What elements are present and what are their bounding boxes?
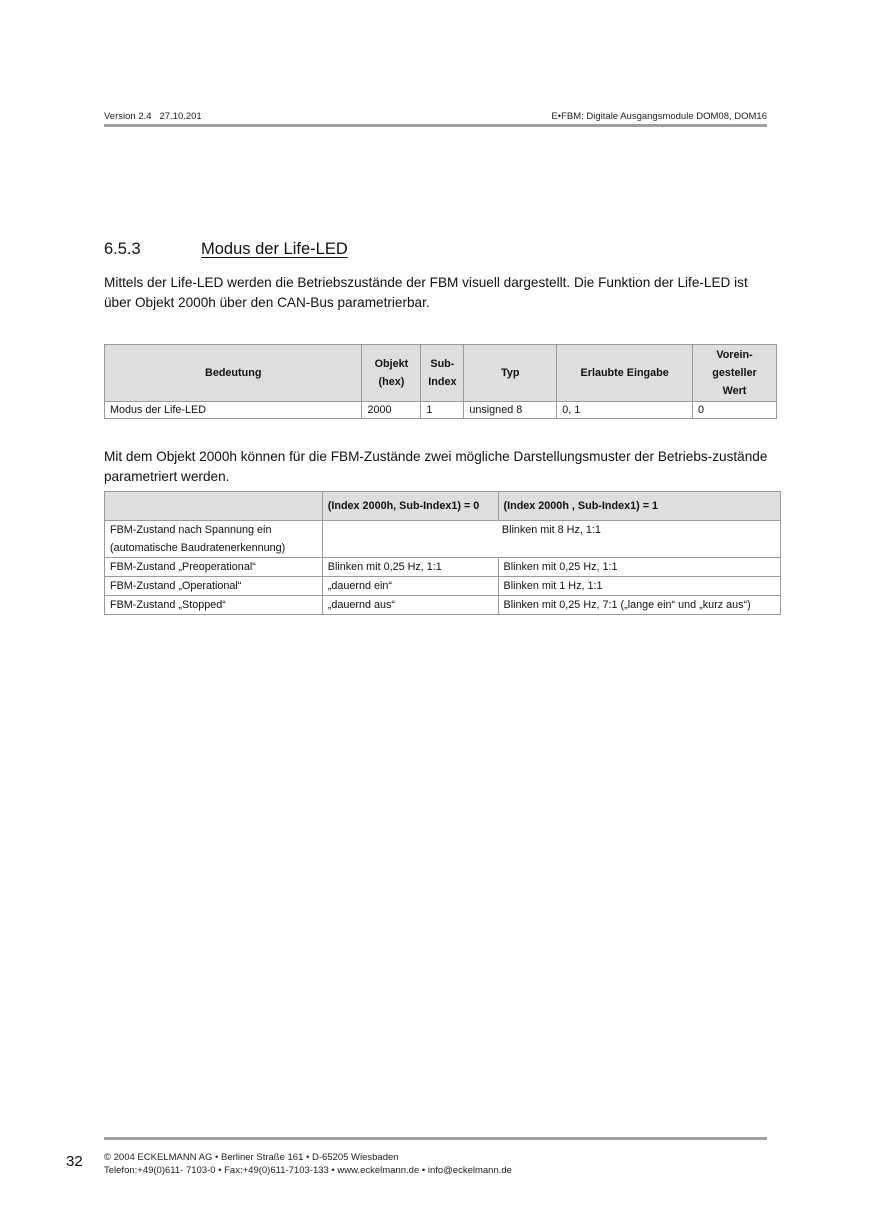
col-bedeutung: Bedeutung <box>105 345 362 402</box>
table-row: FBM-Zustand nach Spannung ein(automatisc… <box>105 521 781 558</box>
footer-address: © 2004 ECKELMANN AG • Berliner Straße 16… <box>104 1151 512 1164</box>
table-row: FBM-Zustand „Preoperational“ Blinken mit… <box>105 558 781 577</box>
section-number: 6.5.3 <box>104 240 201 259</box>
table-row: FBM-Zustand „Operational“ „dauernd ein“ … <box>105 577 781 596</box>
section-title: Modus der Life-LED <box>201 240 348 258</box>
cell-mode-0: „dauernd ein“ <box>322 577 498 596</box>
col-subindex: Sub-Index <box>421 345 464 402</box>
cell-bedeutung: Modus der Life-LED <box>105 402 362 419</box>
cell-state: FBM-Zustand „Stopped“ <box>105 596 323 615</box>
col-state <box>105 492 323 521</box>
col-mode-1: (Index 2000h , Sub-Index1) = 1 <box>498 492 781 521</box>
cell-merged-value: Blinken mit 8 Hz, 1:1 <box>322 521 780 558</box>
table-header-row: (Index 2000h, Sub-Index1) = 0 (Index 200… <box>105 492 781 521</box>
cell-subindex: 1 <box>421 402 464 419</box>
header-rule <box>104 124 767 127</box>
header-version: Version 2.4 27.10.201 <box>104 111 202 122</box>
description-paragraph: Mit dem Objekt 2000h können für die FBM-… <box>104 447 774 487</box>
cell-objekt: 2000 <box>362 402 421 419</box>
section-heading: 6.5.3Modus der Life-LED <box>104 240 348 259</box>
page-footer: © 2004 ECKELMANN AG • Berliner Straße 16… <box>104 1151 512 1177</box>
cell-mode-0: Blinken mit 0,25 Hz, 1:1 <box>322 558 498 577</box>
footer-contact: Telefon:+49(0)611- 7103-0 • Fax:+49(0)61… <box>104 1164 512 1177</box>
cell-mode-1: Blinken mit 0,25 Hz, 7:1 („lange ein“ un… <box>498 596 781 615</box>
led-mode-table: (Index 2000h, Sub-Index1) = 0 (Index 200… <box>104 491 781 615</box>
col-eingabe: Erlaubte Eingabe <box>557 345 693 402</box>
page-number: 32 <box>66 1153 83 1170</box>
col-default: Vorein-gestellerWert <box>693 345 777 402</box>
table-row: FBM-Zustand „Stopped“ „dauernd aus“ Blin… <box>105 596 781 615</box>
cell-eingabe: 0, 1 <box>557 402 693 419</box>
cell-default: 0 <box>693 402 777 419</box>
table-header-row: Bedeutung Objekt(hex) Sub-Index Typ Erla… <box>105 345 777 402</box>
cell-state: FBM-Zustand „Operational“ <box>105 577 323 596</box>
col-typ: Typ <box>464 345 557 402</box>
footer-rule <box>104 1137 767 1140</box>
col-mode-0: (Index 2000h, Sub-Index1) = 0 <box>322 492 498 521</box>
col-objekt: Objekt(hex) <box>362 345 421 402</box>
table-row: Modus der Life-LED 2000 1 unsigned 8 0, … <box>105 402 777 419</box>
cell-state: FBM-Zustand „Preoperational“ <box>105 558 323 577</box>
object-table: Bedeutung Objekt(hex) Sub-Index Typ Erla… <box>104 344 777 419</box>
cell-mode-0: „dauernd aus“ <box>322 596 498 615</box>
cell-mode-1: Blinken mit 1 Hz, 1:1 <box>498 577 781 596</box>
intro-paragraph: Mittels der Life-LED werden die Betriebs… <box>104 273 774 313</box>
cell-typ: unsigned 8 <box>464 402 557 419</box>
cell-state: FBM-Zustand nach Spannung ein(automatisc… <box>105 521 323 558</box>
cell-mode-1: Blinken mit 0,25 Hz, 1:1 <box>498 558 781 577</box>
header-title: E•FBM: Digitale Ausgangsmodule DOM08, DO… <box>551 111 767 122</box>
